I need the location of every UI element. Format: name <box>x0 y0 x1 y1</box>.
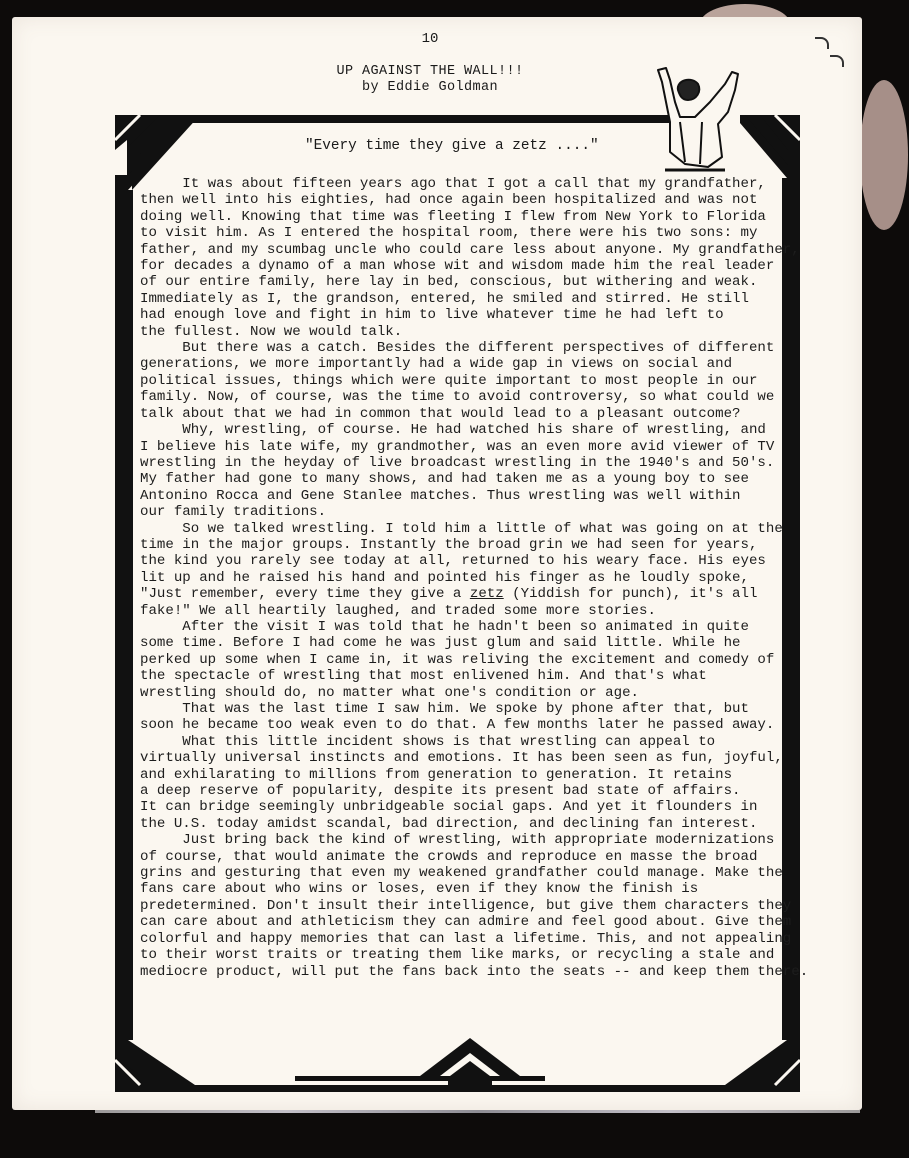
article-line: time in the major groups. Instantly the … <box>140 537 820 553</box>
article-line: Antonino Rocca and Gene Stanlee matches.… <box>140 488 820 504</box>
article-line: perked up some when I came in, it was re… <box>140 652 820 668</box>
article-line: had enough love and fight in him to live… <box>140 307 820 323</box>
article-line: What this little incident shows is that … <box>140 734 820 750</box>
article-line: can care about and athleticism they can … <box>140 914 820 930</box>
article-line: Immediately as I, the grandson, entered,… <box>140 291 820 307</box>
article-line: some time. Before I had come he was just… <box>140 635 820 651</box>
article-line: and exhilarating to millions from genera… <box>140 767 820 783</box>
article-line: After the visit I was told that he hadn'… <box>140 619 820 635</box>
article-line: virtually universal instincts and emotio… <box>140 750 820 766</box>
article-line: generations, we more importantly had a w… <box>140 356 820 372</box>
article-line: family. Now, of course, was the time to … <box>140 389 820 405</box>
article-line: of our entire family, here lay in bed, c… <box>140 274 820 290</box>
article-line: So we talked wrestling. I told him a lit… <box>140 521 820 537</box>
page-stack-edge <box>95 1110 860 1113</box>
article-line: for decades a dynamo of a man whose wit … <box>140 258 820 274</box>
article-line: political issues, things which were quit… <box>140 373 820 389</box>
article-line: our family traditions. <box>140 504 820 520</box>
article-line: of course, that would animate the crowds… <box>140 849 820 865</box>
article-line: colorful and happy memories that can las… <box>140 931 820 947</box>
article-line: That was the last time I saw him. We spo… <box>140 701 820 717</box>
article-line: to their worst traits or treating them l… <box>140 947 820 963</box>
thumb-right <box>860 80 908 230</box>
article-line: I believe his late wife, my grandmother,… <box>140 439 820 455</box>
article-line: Why, wrestling, of course. He had watche… <box>140 422 820 438</box>
article-line: doing well. Knowing that time was fleeti… <box>140 209 820 225</box>
article-line: My father had gone to many shows, and ha… <box>140 471 820 487</box>
article-line: wrestling should do, no matter what one'… <box>140 685 820 701</box>
article-line: to visit him. As I entered the hospital … <box>140 225 820 241</box>
article-line: lit up and he raised his hand and pointe… <box>140 570 820 586</box>
article-line: But there was a catch. Besides the diffe… <box>140 340 820 356</box>
article-line: the U.S. today amidst scandal, bad direc… <box>140 816 820 832</box>
article-line: grins and gesturing that even my weakene… <box>140 865 820 881</box>
article-line: It was about fifteen years ago that I go… <box>140 176 820 192</box>
article-line: Just bring back the kind of wrestling, w… <box>140 832 820 848</box>
article-line: fans care about who wins or loses, even … <box>140 881 820 897</box>
article-line: the fullest. Now we would talk. <box>140 324 820 340</box>
wrestler-illustration-icon <box>640 62 755 177</box>
article-line: predetermined. Don't insult their intell… <box>140 898 820 914</box>
underlined-word: zetz <box>470 586 504 602</box>
article-line: the kind you rarely see today at all, re… <box>140 553 820 569</box>
article-line: father, and my scumbag uncle who could c… <box>140 242 820 258</box>
article-line: "Just remember, every time they give a z… <box>140 586 820 602</box>
article-line: It can bridge seemingly unbridgeable soc… <box>140 799 820 815</box>
article-line: fake!" We all heartily laughed, and trad… <box>140 603 820 619</box>
page-number: 10 <box>0 31 860 47</box>
article-line: the spectacle of wrestling that most enl… <box>140 668 820 684</box>
article-line: talk about that we had in common that wo… <box>140 406 820 422</box>
article-subtitle: "Every time they give a zetz ...." <box>305 138 599 154</box>
article-line: soon he became too weak even to do that.… <box>140 717 820 733</box>
article-line: mediocre product, will put the fans back… <box>140 964 820 980</box>
article-body: It was about fifteen years ago that I go… <box>140 176 820 980</box>
article-line: a deep reserve of popularity, despite it… <box>140 783 820 799</box>
article-line: then well into his eighties, had once ag… <box>140 192 820 208</box>
article-line: wrestling in the heyday of live broadcas… <box>140 455 820 471</box>
